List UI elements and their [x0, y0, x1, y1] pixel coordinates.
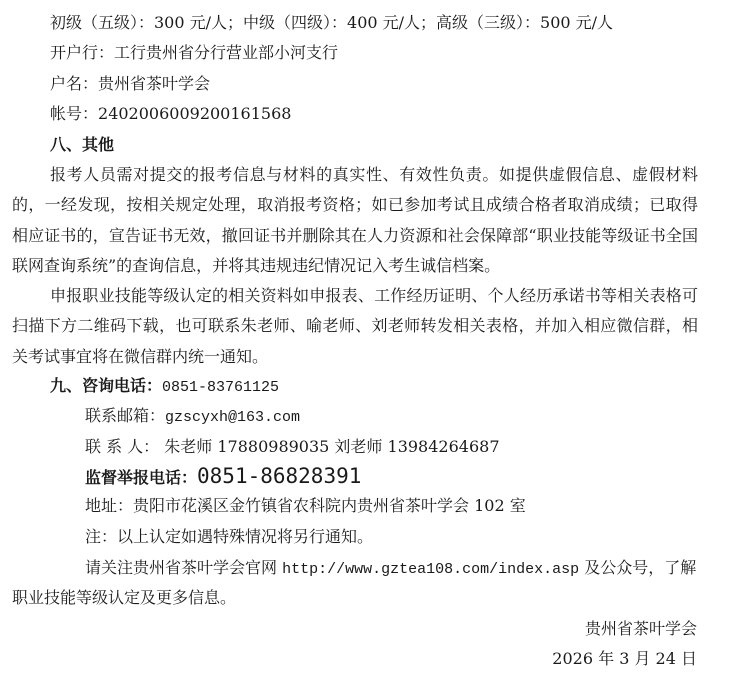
follow-line-2: 职业技能等级认定及更多信息。: [12, 583, 236, 613]
supervision-phone: 0851-86828391: [197, 464, 361, 488]
account-number-row: 帐号：2402006009200161568: [50, 99, 291, 129]
account-name-label: 户名：: [50, 74, 98, 93]
section-9-heading: 九、咨询电话：: [50, 376, 162, 395]
signature-date: 2026 年 3 月 24 日: [552, 644, 697, 674]
bank-row: 开户行：工行贵州省分行营业部小河支行: [50, 38, 338, 68]
follow-line-1: 请关注贵州省茶叶学会官网 http://www.gztea108.com/ind…: [85, 553, 696, 583]
email-label: 联系邮箱：: [85, 406, 165, 425]
section-8-paragraph-2: 申报职业技能等级认定的相关资料如申报表、工作经历证明、个人经历承诺书等相关表格可…: [12, 281, 698, 372]
section-8-paragraph-1: 报考人员需对提交的报考信息与材料的真实性、有效性负责。如提供虚假信息、虚假材料的…: [12, 160, 698, 281]
follow-prefix: 请关注贵州省茶叶学会官网: [85, 558, 282, 577]
address-row: 地址：贵阳市花溪区金竹镇省农科院内贵州省茶叶学会 102 室: [85, 491, 526, 521]
supervision-row: 监督举报电话：0851-86828391: [85, 461, 361, 491]
contact-values: 朱老师 17880989035 刘老师 13984264687: [164, 437, 499, 456]
address-label: 地址：: [85, 496, 133, 515]
follow-suffix: 及公众号，了解: [579, 558, 696, 577]
website-link[interactable]: http://www.gztea108.com/index.asp: [282, 561, 579, 578]
address-value: 贵阳市花溪区金竹镇省农科院内贵州省茶叶学会 102 室: [133, 496, 526, 515]
bank-label: 开户行：: [50, 43, 114, 62]
account-number-value: 2402006009200161568: [98, 104, 291, 123]
fee-schedule: 初级（五级）：300 元/人；中级（四级）：400 元/人；高级（三级）：500…: [50, 8, 613, 38]
account-name-row: 户名：贵州省茶叶学会: [50, 69, 210, 99]
consult-phone: 0851-83761125: [162, 379, 279, 396]
account-name-value: 贵州省茶叶学会: [98, 74, 210, 93]
bank-value: 工行贵州省分行营业部小河支行: [114, 43, 338, 62]
signature-org: 贵州省茶叶学会: [585, 614, 697, 644]
email-row: 联系邮箱：gzscyxh@163.com: [85, 401, 300, 431]
email-link[interactable]: gzscyxh@163.com: [165, 409, 300, 426]
contact-label: 联 系 人：: [85, 437, 159, 456]
section-9-heading-row: 九、咨询电话：0851-83761125: [50, 371, 279, 401]
supervision-label: 监督举报电话：: [85, 468, 197, 487]
section-8-heading: 八、其他: [50, 130, 114, 160]
note: 注：以上认定如遇特殊情况将另行通知。: [85, 522, 373, 552]
account-number-label: 帐号：: [50, 104, 98, 123]
contact-row: 联 系 人： 朱老师 17880989035 刘老师 13984264687: [85, 432, 500, 462]
